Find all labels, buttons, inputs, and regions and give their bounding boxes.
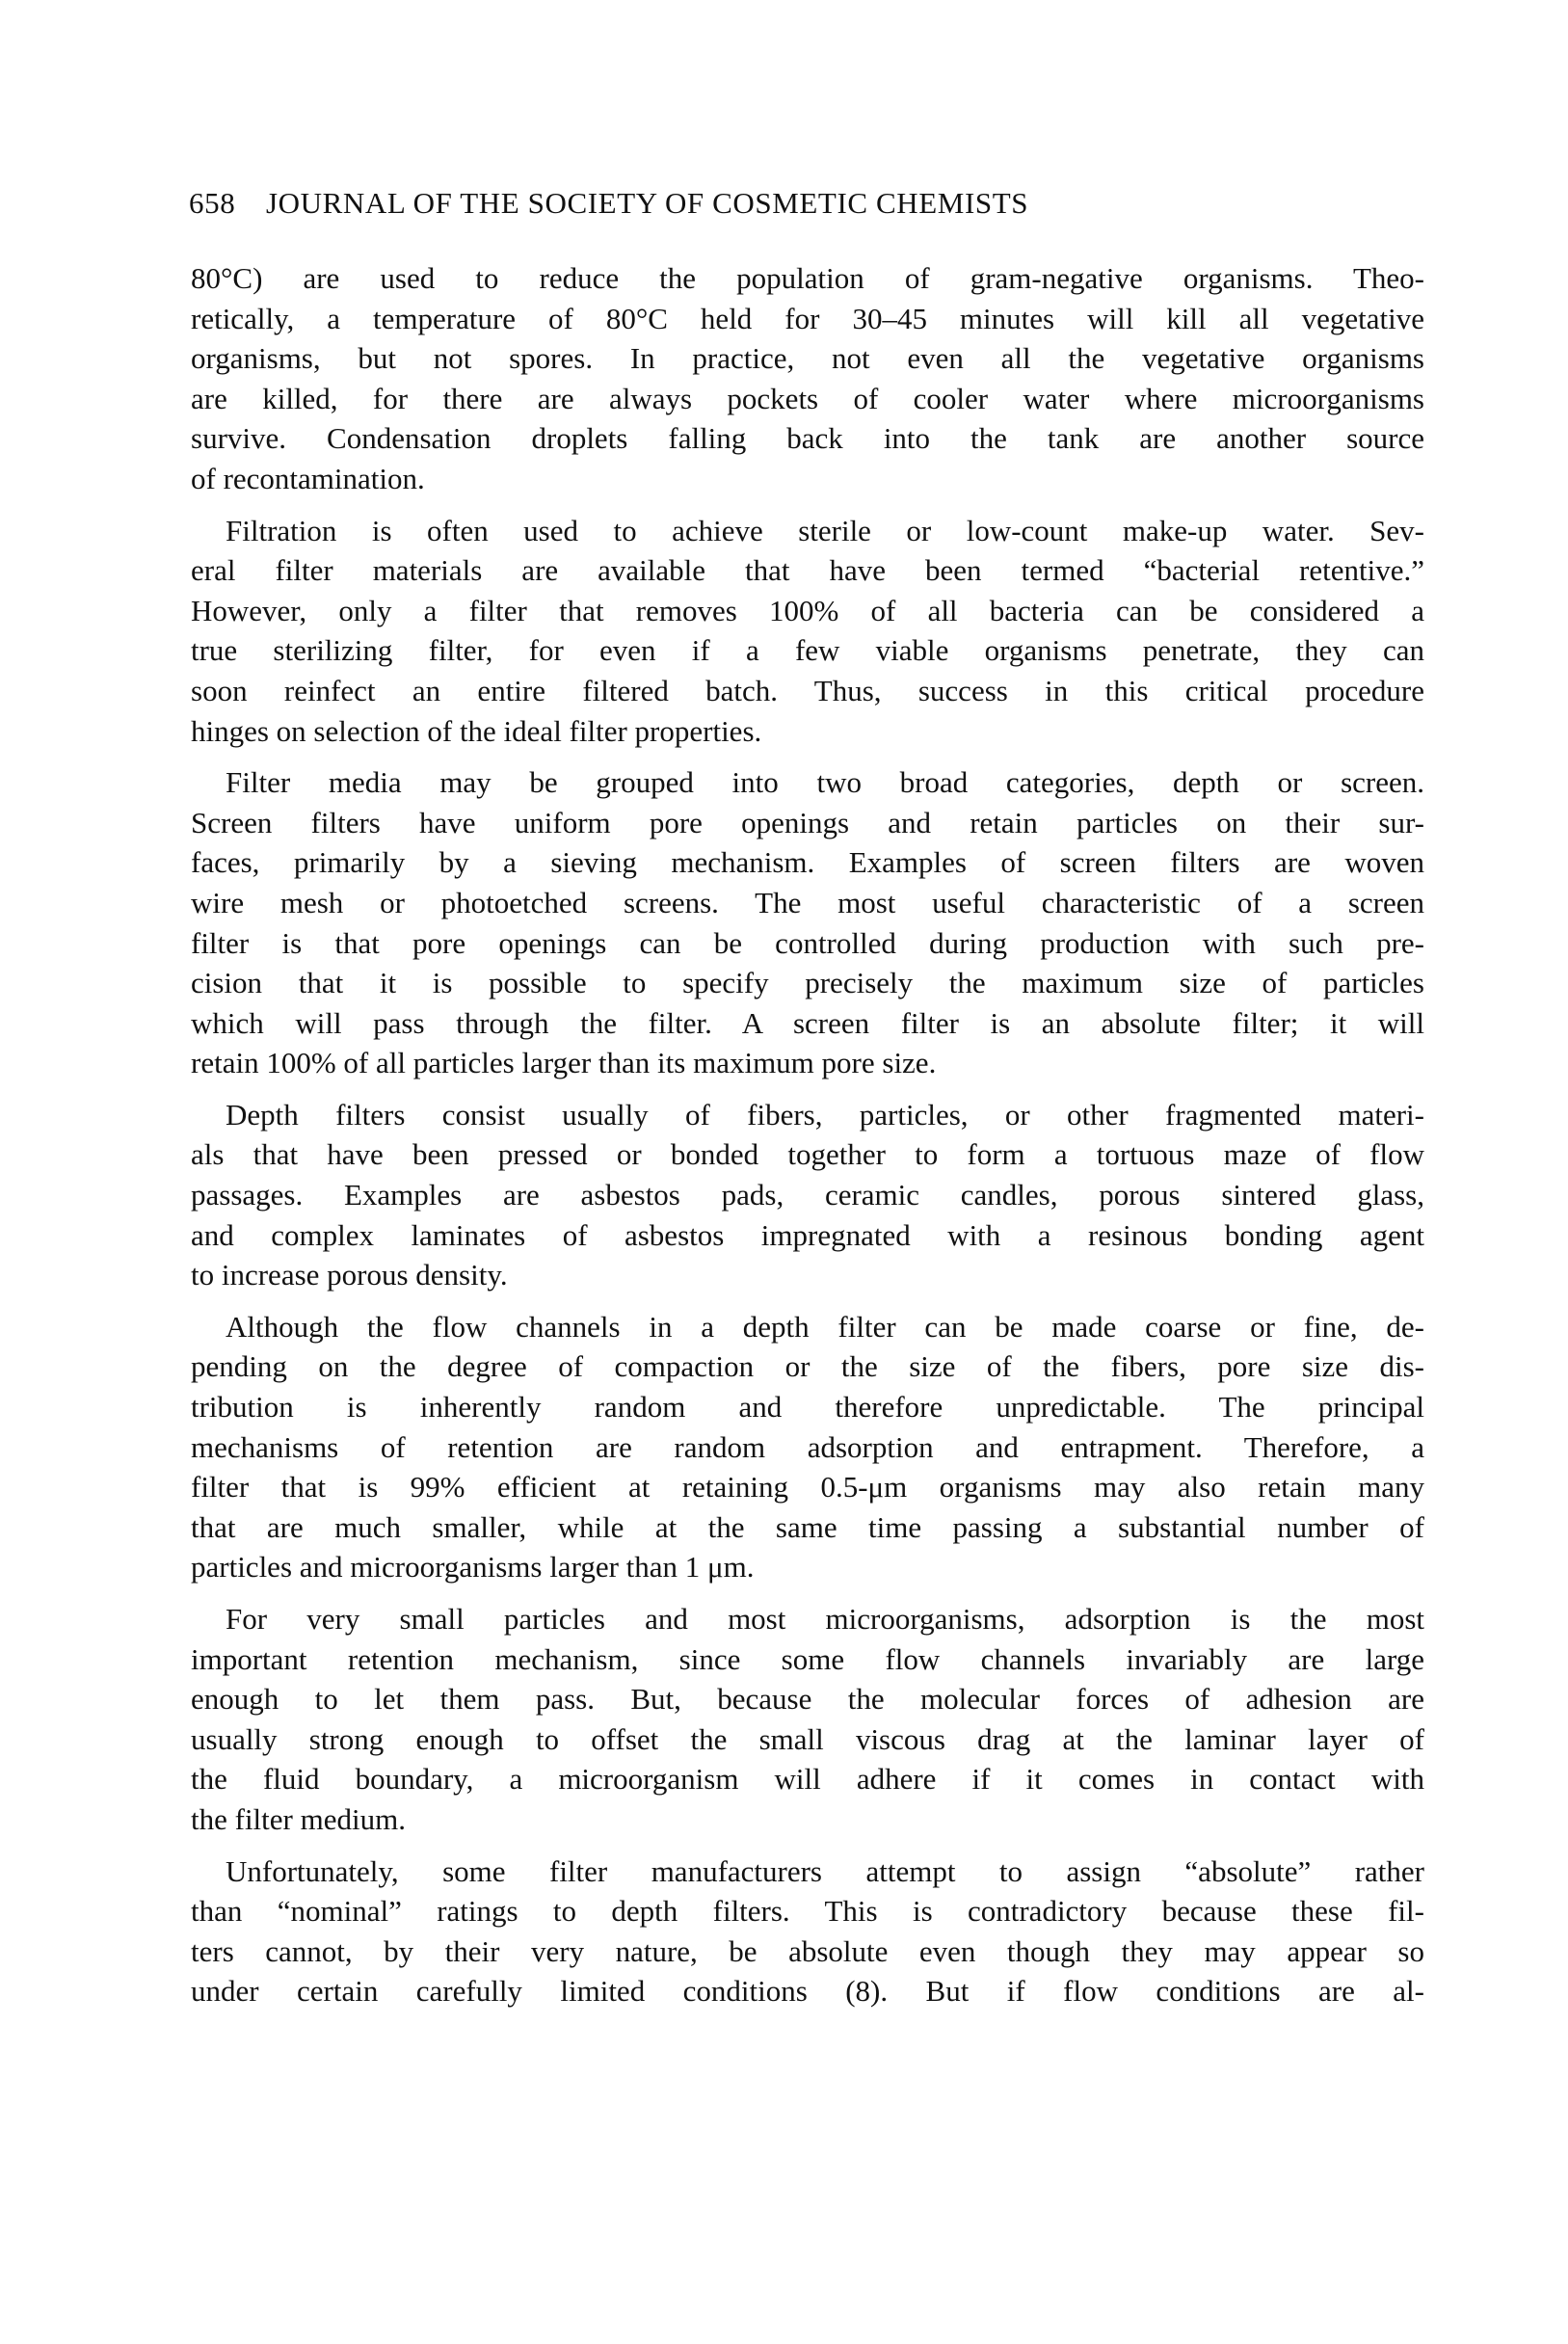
text-line: Depth filters consist usually of fibers,… (191, 1095, 1424, 1135)
journal-title: JOURNAL OF THE SOCIETY OF COSMETIC CHEMI… (266, 186, 1028, 221)
paragraph-flow-channels: Although the flow channels in a depth fi… (191, 1307, 1424, 1587)
text-line: of recontamination. (191, 459, 1424, 499)
text-line: particles and microorganisms larger than… (191, 1547, 1424, 1587)
text-line: However, only a filter that removes 100%… (191, 591, 1424, 631)
text-line: Screen filters have uniform pore opening… (191, 803, 1424, 843)
text-line: usually strong enough to offset the smal… (191, 1719, 1424, 1760)
text-line: than “nominal” ratings to depth filters.… (191, 1891, 1424, 1931)
body-text: 80°C) are used to reduce the population … (191, 258, 1424, 2011)
text-line: enough to let them pass. But, because th… (191, 1679, 1424, 1719)
text-line: the filter medium. (191, 1799, 1424, 1840)
text-line: pending on the degree of compaction or t… (191, 1346, 1424, 1387)
text-line: For very small particles and most microo… (191, 1599, 1424, 1639)
text-line: retically, a temperature of 80°C held fo… (191, 299, 1424, 339)
text-line: to increase porous density. (191, 1255, 1424, 1295)
text-line: wire mesh or photoetched screens. The mo… (191, 883, 1424, 923)
paragraph-spacer (191, 1083, 1424, 1095)
paragraph-spacer (191, 751, 1424, 762)
paragraph-absolute-ratings: Unfortunately, some filter manufacturers… (191, 1851, 1424, 2011)
text-line: retain 100% of all particles larger than… (191, 1043, 1424, 1083)
text-line: mechanisms of retention are random adsor… (191, 1427, 1424, 1468)
text-line: filter that is 99% efficient at retainin… (191, 1467, 1424, 1507)
text-line: cision that it is possible to specify pr… (191, 963, 1424, 1003)
text-line: Filter media may be grouped into two bro… (191, 762, 1424, 803)
text-line: which will pass through the filter. A sc… (191, 1003, 1424, 1044)
text-line: the fluid boundary, a microorganism will… (191, 1759, 1424, 1799)
text-line: true sterilizing filter, for even if a f… (191, 630, 1424, 671)
paragraph-screen-filters: Filter media may be grouped into two bro… (191, 762, 1424, 1083)
page-number: 658 (189, 186, 235, 221)
text-line: hinges on selection of the ideal filter … (191, 711, 1424, 752)
running-head: 658 JOURNAL OF THE SOCIETY OF COSMETIC C… (189, 186, 1345, 225)
text-line: survive. Condensation droplets falling b… (191, 418, 1424, 459)
paragraph-spacer (191, 1587, 1424, 1599)
text-line: organisms, but not spores. In practice, … (191, 338, 1424, 379)
text-line: ters cannot, by their very nature, be ab… (191, 1931, 1424, 1972)
text-line: that are much smaller, while at the same… (191, 1507, 1424, 1548)
journal-page: 658 JOURNAL OF THE SOCIETY OF COSMETIC C… (0, 0, 1568, 2344)
paragraph-filtration: Filtration is often used to achieve ster… (191, 511, 1424, 752)
text-line: and complex laminates of asbestos impreg… (191, 1215, 1424, 1256)
text-line: als that have been pressed or bonded tog… (191, 1134, 1424, 1175)
paragraph-spacer (191, 1840, 1424, 1851)
text-line: tribution is inherently random and there… (191, 1387, 1424, 1427)
text-line: Unfortunately, some filter manufacturers… (191, 1851, 1424, 1892)
paragraph-depth-filters: Depth filters consist usually of fibers,… (191, 1095, 1424, 1295)
text-line: eral filter materials are available that… (191, 550, 1424, 591)
text-line: passages. Examples are asbestos pads, ce… (191, 1175, 1424, 1215)
text-line: soon reinfect an entire filtered batch. … (191, 671, 1424, 711)
paragraph-adsorption: For very small particles and most microo… (191, 1599, 1424, 1840)
text-line: filter is that pore openings can be cont… (191, 923, 1424, 964)
text-line: Filtration is often used to achieve ster… (191, 511, 1424, 551)
paragraph-continuation: 80°C) are used to reduce the population … (191, 258, 1424, 499)
text-line: are killed, for there are always pockets… (191, 379, 1424, 419)
paragraph-spacer (191, 499, 1424, 511)
text-line: 80°C) are used to reduce the population … (191, 258, 1424, 299)
text-line: under certain carefully limited conditio… (191, 1971, 1424, 2011)
text-line: faces, primarily by a sieving mechanism.… (191, 842, 1424, 883)
text-line: important retention mechanism, since som… (191, 1639, 1424, 1680)
paragraph-spacer (191, 1295, 1424, 1307)
text-line: Although the flow channels in a depth fi… (191, 1307, 1424, 1347)
